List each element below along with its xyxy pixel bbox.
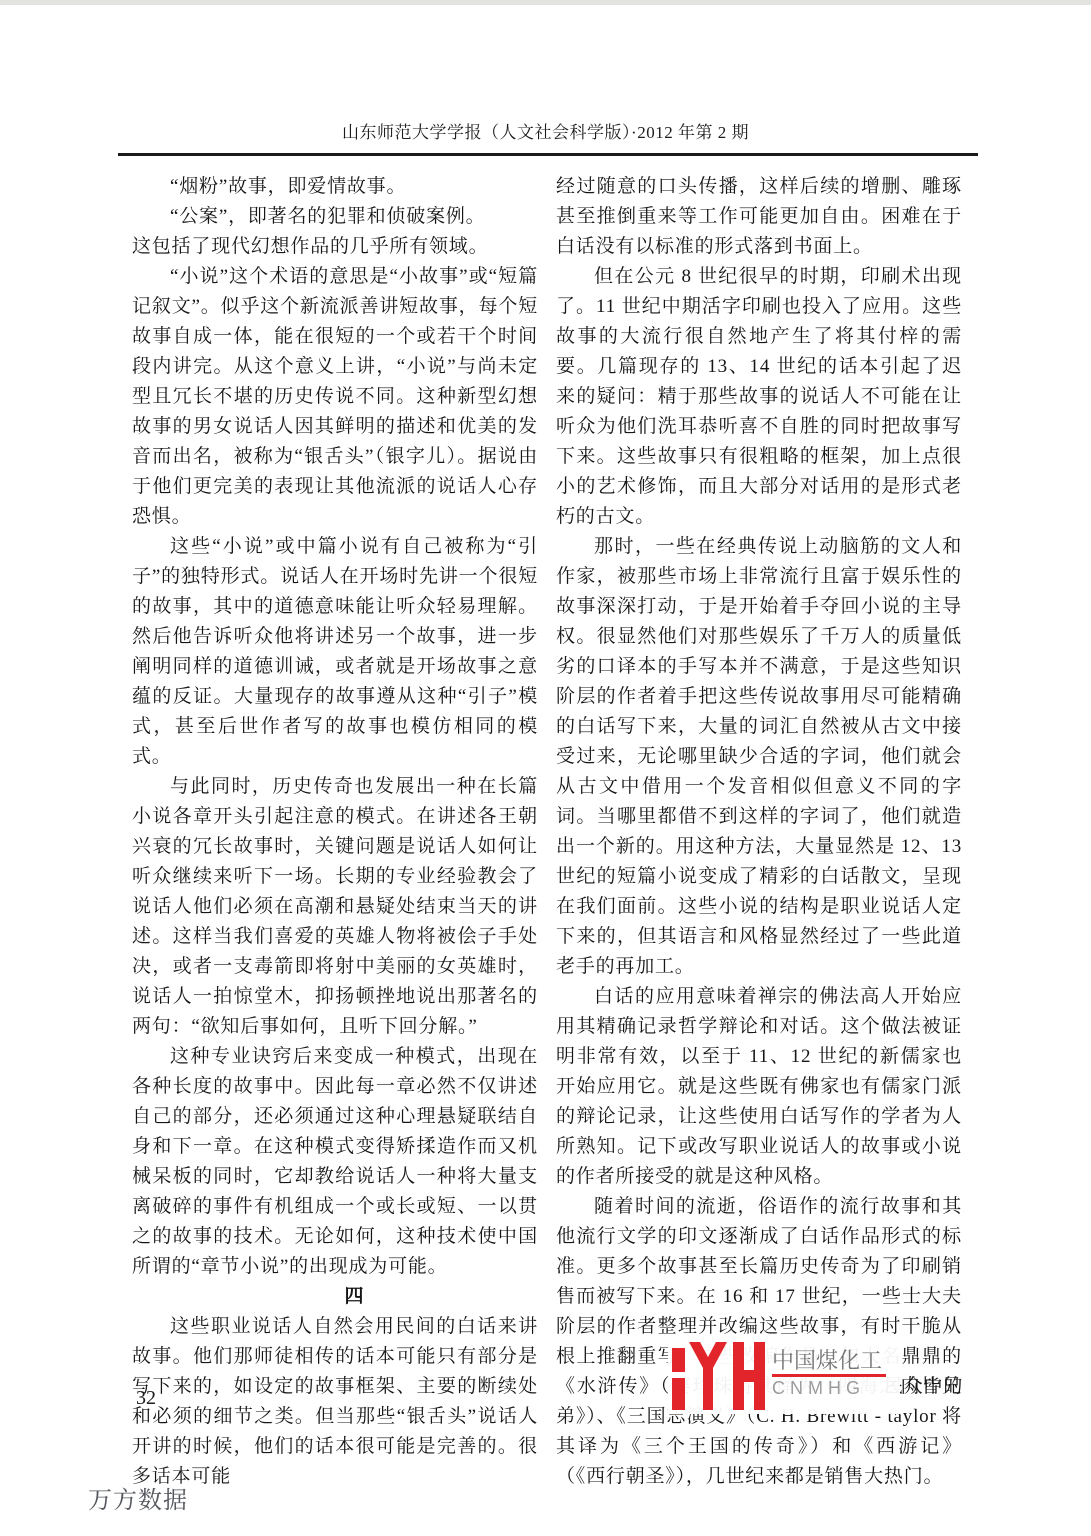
left-column: “烟粉”故事，即爱情故事。 “公案”，即著名的犯罪和侦破案例。 这包括了现代幻想… xyxy=(132,172,538,1492)
journal-page: 山东师范大学学报（人文社会科学版）·2012 年第 2 期 “烟粉”故事，即爱情… xyxy=(0,0,1091,1536)
watermark-underline xyxy=(772,1374,886,1377)
cnmhg-logo-icon xyxy=(670,1338,766,1410)
watermark-brand-cn: 中国煤化工 xyxy=(772,1350,886,1372)
paragraph: 白话的应用意味着禅宗的佛法高人开始应用其精确记录哲学辩论和对话。这个做法被证明非… xyxy=(556,982,962,1192)
paragraph: 与此同时，历史传奇也发展出一种在长篇小说各章开头引起注意的模式。在讲述各王朝兴衰… xyxy=(132,772,538,1042)
paragraph: 这些职业说话人自然会用民间的白话来讲故事。他们那师徒相传的话本可能只有部分是写下… xyxy=(132,1312,538,1492)
paragraph: 这包括了现代幻想作品的几乎所有领域。 xyxy=(132,232,538,262)
paragraph: 但在公元 8 世纪很早的时期，印刷术出现了。11 世纪中期活字印刷也投入了应用。… xyxy=(556,262,962,532)
paragraph: 那时，一些在经典传说上动脑筋的文人和作家，被那些市场上非常流行且富于娱乐性的故事… xyxy=(556,532,962,982)
right-column: 经过随意的口头传播，这样后续的增删、雕琢甚至推倒重来等工作可能更加自由。困难在于… xyxy=(556,172,962,1492)
paragraph: “公案”，即著名的犯罪和侦破案例。 xyxy=(132,202,538,232)
page-number: 32 xyxy=(136,1387,156,1410)
paragraph: “烟粉”故事，即爱情故事。 xyxy=(132,172,538,202)
watermark-brand-en: CNMHG xyxy=(772,1378,886,1398)
paragraph: 经过随意的口头传播，这样后续的增删、雕琢甚至推倒重来等工作可能更加自由。困难在于… xyxy=(556,172,962,262)
section-heading-four: 四 xyxy=(132,1282,538,1312)
header-rule xyxy=(118,153,978,156)
paragraph: 这种专业诀窍后来变成一种模式，出现在各种长度的故事中。因此每一章必然不仅讲述自己… xyxy=(132,1042,538,1282)
wanfang-data-watermark: 万方数据 xyxy=(88,1480,188,1515)
paragraph: “小说”这个术语的意思是“小故事”或“短篇记叙文”。似乎这个新流派善讲短故事，每… xyxy=(132,262,538,532)
paragraph: 这些“小说”或中篇小说有自己被称为“引子”的独特形式。说话人在开场时先讲一个很短… xyxy=(132,532,538,772)
scan-edge xyxy=(0,0,1091,5)
watermark-text: 中国煤化工 CNMHG xyxy=(772,1350,886,1398)
journal-header: 山东师范大学学报（人文社会科学版）·2012 年第 2 期 xyxy=(0,118,1091,143)
watermark: 中国煤化工 CNMHG xyxy=(668,1336,900,1414)
